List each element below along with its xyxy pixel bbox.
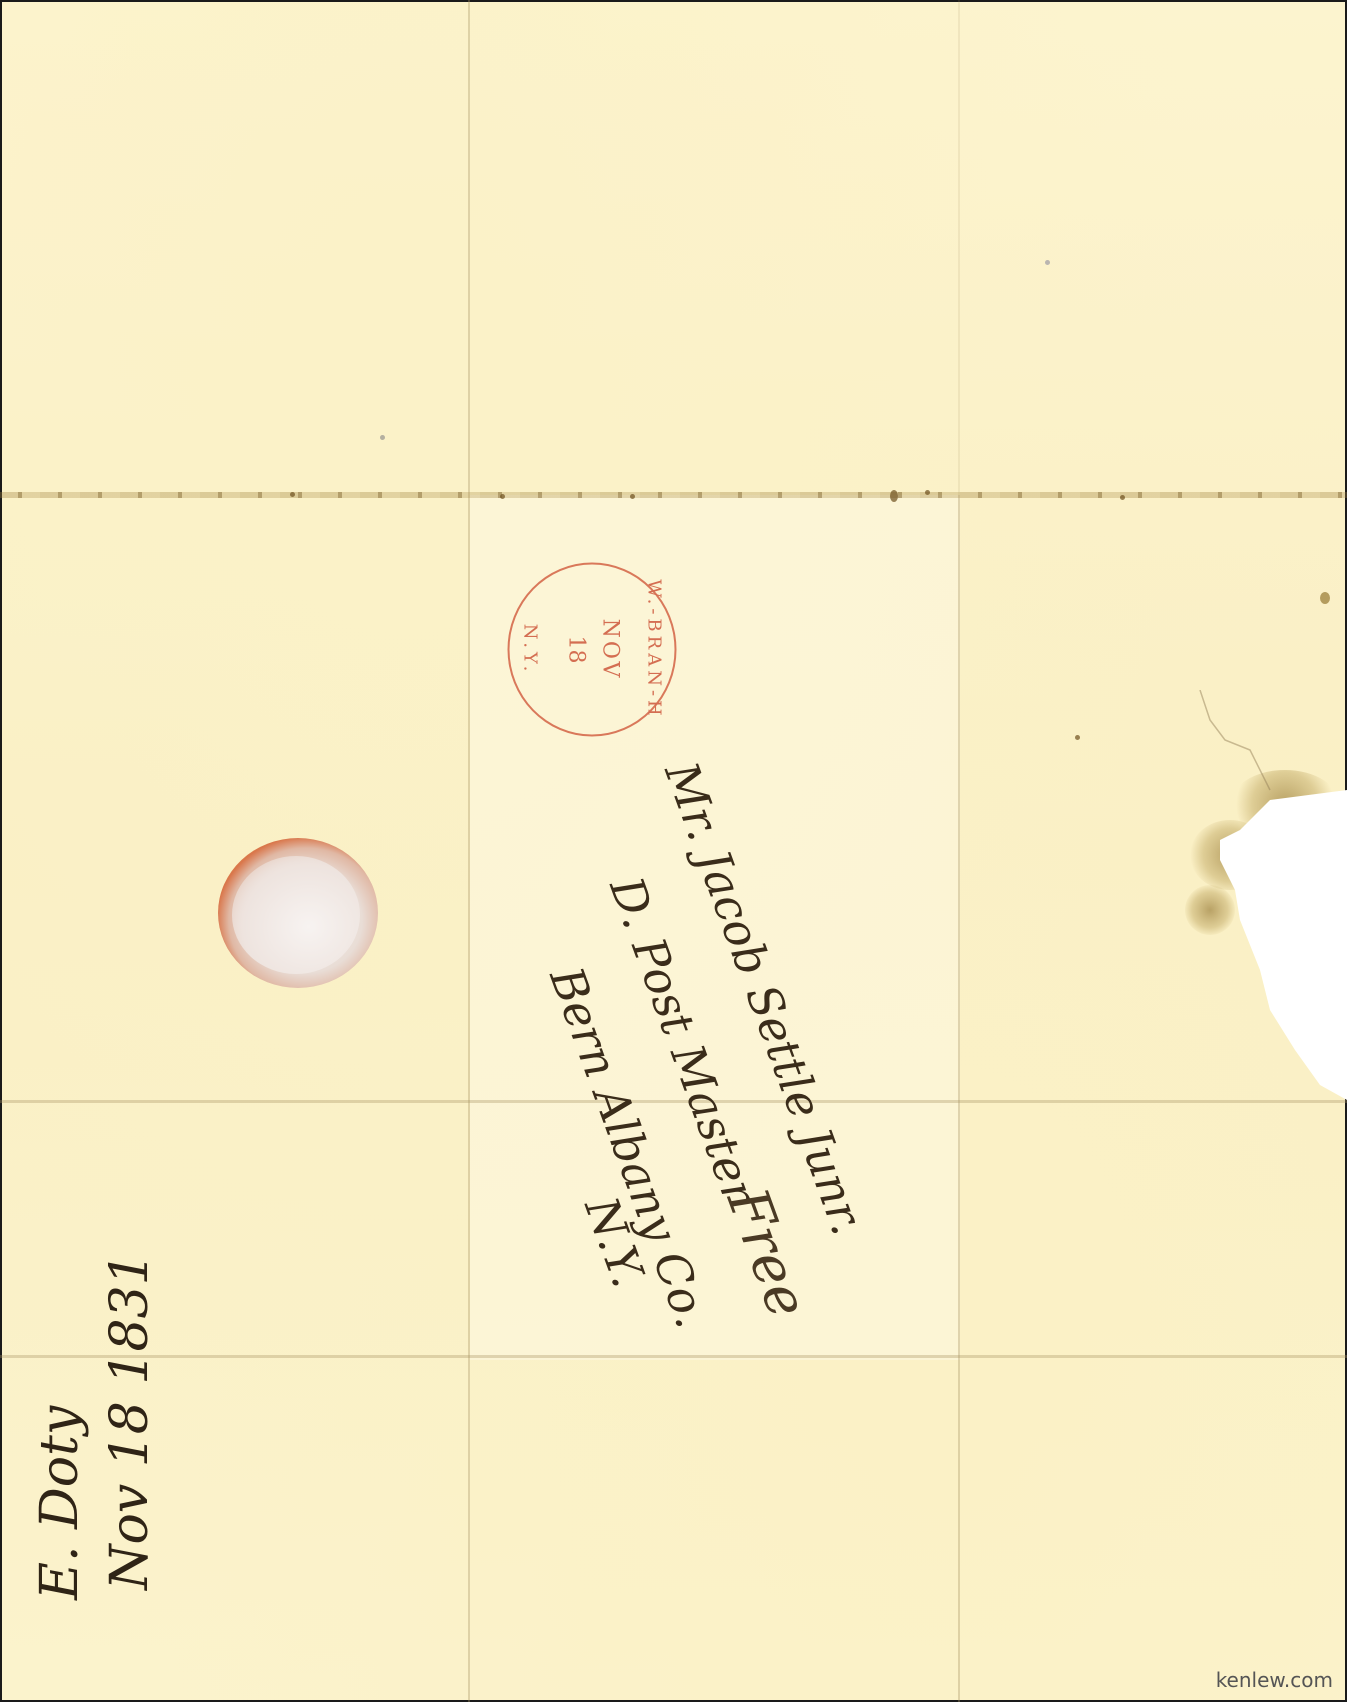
- fold-line-horizontal-top: [0, 492, 1347, 498]
- letter-sheet: W.-BRAN-H NOV 18 N.Y. Mr. Jacob Settle J…: [0, 0, 1347, 1702]
- seal-center: [232, 856, 360, 974]
- fold-line-horizontal-bottom: [0, 1355, 1347, 1358]
- docket-date: Nov 18 1831: [100, 1252, 160, 1590]
- fold-line-vertical-right-top: [958, 0, 960, 495]
- postmark-month: NOV: [598, 565, 623, 735]
- docket-sender: E. Doty: [30, 1406, 90, 1600]
- fold-line-vertical-left: [468, 0, 470, 1702]
- wax-seal: [218, 838, 378, 988]
- postmark-state: N.Y.: [520, 565, 541, 735]
- postmark: W.-BRAN-H NOV 18 N.Y.: [508, 563, 677, 737]
- fold-line-vertical-right: [958, 495, 960, 1702]
- torn-edge: [1120, 690, 1347, 1160]
- postmark-day: 18: [564, 565, 589, 735]
- watermark: kenlew.com: [1216, 1668, 1333, 1692]
- postmark-town: W.-BRAN-H: [644, 565, 665, 735]
